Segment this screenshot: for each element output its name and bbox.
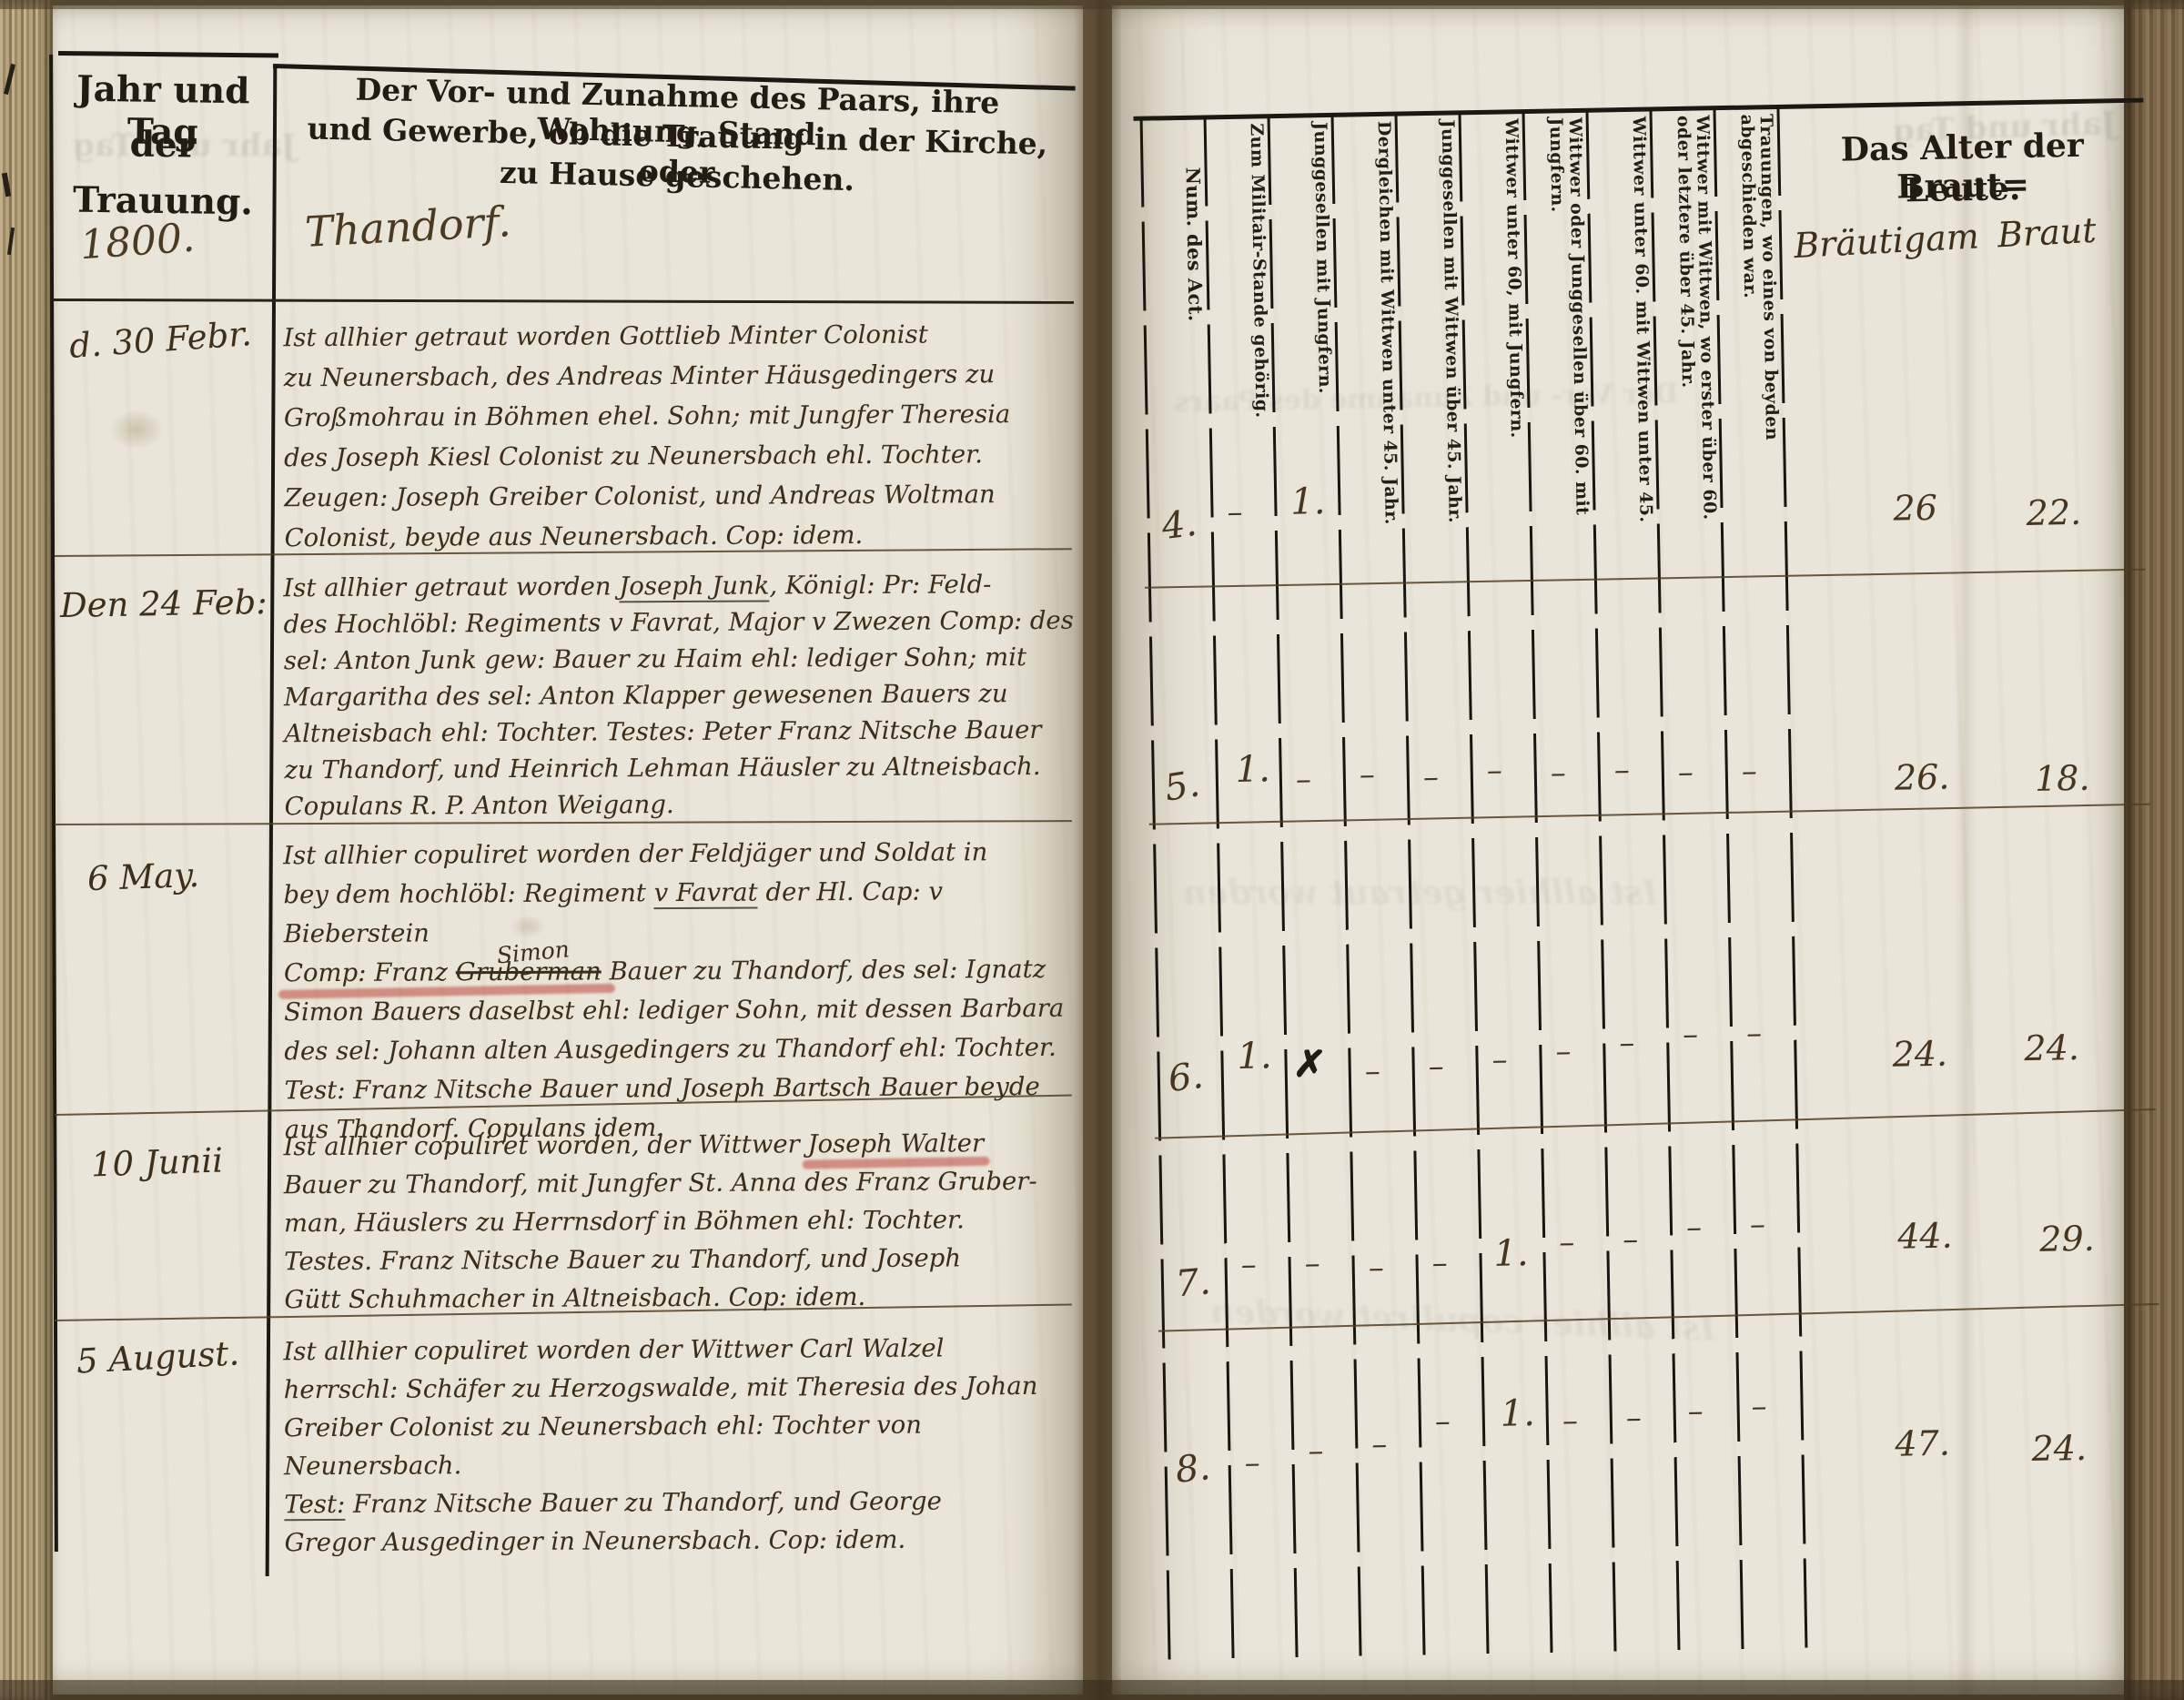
tally-mark: – xyxy=(1364,1053,1380,1089)
marriage-date: 6 May. xyxy=(86,855,199,898)
column-header-military: Zum Militair-Stande gehörig. xyxy=(1209,123,1274,551)
tally-mark: – xyxy=(1359,756,1375,793)
tally-mark: – xyxy=(1750,1206,1766,1242)
photo-edge-top xyxy=(0,0,2184,9)
entry-line: Copulans R. P. Anton Weigang. xyxy=(285,784,1078,825)
groom-column-label: Bräutigam xyxy=(1793,216,1980,266)
tally-mark: – xyxy=(1434,1403,1451,1440)
underlined-name: Joseph Junk xyxy=(619,571,769,602)
statistics-table: Num. des Act. Zum Militair-Stande gehöri… xyxy=(1128,72,2177,1674)
entry-line: man, Häuslers zu Herrnsdorf in Böhmen eh… xyxy=(284,1200,1077,1243)
tally-mark: – xyxy=(1423,759,1440,795)
red-underlined-name: Joseph Walter xyxy=(807,1128,984,1159)
entry-line: Testes. Franz Nitsche Bauer zu Thandorf,… xyxy=(284,1239,1077,1281)
register-book-spread: Jahr und Tag Jahr und Tag Der Vor- und Z… xyxy=(0,0,2184,1700)
tally-mark: – xyxy=(1428,1048,1444,1085)
column-header-widower-under60-maiden: Wittwer unter 60, mit Jungfern. xyxy=(1464,118,1529,547)
column-header-widower-over60-maiden: Wittwer oder Junggesellen über 60. mit J… xyxy=(1528,117,1592,546)
underlined-regiment: v Favrat xyxy=(654,878,758,910)
groom-age: 24. xyxy=(1892,1034,1947,1075)
groom-age: 26 xyxy=(1893,488,1937,529)
marriage-entry-text: Ist allhier copuliret worden der Wittwer… xyxy=(283,1329,1077,1563)
entry-line: Ist allhier copuliret worden der Wittwer… xyxy=(283,1329,1077,1371)
groom-age: 47. xyxy=(1895,1423,1950,1464)
column-header-bachelor-widow-over45: Junggesellen mit Wittwen über 45. Jahr. xyxy=(1400,119,1465,548)
entry-line: Ist allhier copuliret worden, der Wittwe… xyxy=(283,1124,1077,1167)
column-header-widower-widow-older: Wittwer mit Wittwen, wo erster über 60. … xyxy=(1655,115,1720,543)
groom-age: 44. xyxy=(1897,1216,1953,1257)
row-separator xyxy=(1149,804,2150,825)
entry-line: Gregor Ausgedinger in Neunersbach. Cop: … xyxy=(284,1520,1077,1563)
crossed-out-mark: ✗ xyxy=(1292,1040,1328,1088)
entry-line: herrschl: Schäfer zu Herzogswalde, mit T… xyxy=(284,1367,1077,1410)
tally-mark: – xyxy=(1677,754,1694,791)
tally-mark: – xyxy=(1559,1224,1575,1260)
entry-line: Ist allhier copuliret worden der Feldjäg… xyxy=(283,833,1077,876)
entry-line: des Joseph Kiesl Colonist zu Neunersbach… xyxy=(284,434,1077,479)
marriage-date: Den 24 Feb: xyxy=(60,582,268,625)
tally-mark: – xyxy=(1431,1245,1448,1281)
tally-mark: – xyxy=(1491,1042,1508,1078)
tally-mark: – xyxy=(1244,1445,1260,1482)
inserted-word: Simon xyxy=(495,929,571,975)
tally-mark: – xyxy=(1683,1017,1699,1053)
age-header-line2: Leute. xyxy=(1790,167,2137,212)
bride-age: 22. xyxy=(2026,492,2081,533)
tally-mark: – xyxy=(1240,1247,1257,1283)
red-underlined-correction: Comp: Franz SimonGruberman xyxy=(284,956,610,987)
tally-mark: – xyxy=(1741,753,1757,789)
entry-number: 8. xyxy=(1173,1446,1212,1492)
photo-edge-bottom xyxy=(0,1680,2184,1700)
tally-mark: – xyxy=(1296,761,1312,797)
tally-mark: – xyxy=(1304,1245,1320,1281)
marriage-date: 10 Junii xyxy=(90,1140,223,1184)
entry-line: Bauer zu Thandorf, mit Jungfer St. Anna … xyxy=(284,1162,1077,1205)
tally-mark: – xyxy=(1555,1033,1572,1069)
entry-line: Altneisbach ehl: Tochter. Testes: Peter … xyxy=(284,712,1077,753)
entry-number: 6. xyxy=(1166,1055,1206,1100)
row-separator xyxy=(1158,1303,2159,1332)
entry-line: Zeugen: Joseph Greiber Colonist, und And… xyxy=(284,474,1077,519)
column-line xyxy=(1776,106,1807,1654)
entry-line: Greiber Colonist zu Neunersbach ehl: Toc… xyxy=(284,1405,1077,1486)
entry-line: sel: Anton Junk gew: Bauer zu Haim ehl: … xyxy=(284,639,1077,680)
tally-mark: – xyxy=(1368,1250,1384,1286)
column-header-num: Num. des Act. xyxy=(1147,167,1208,441)
tally-mark: – xyxy=(1308,1432,1324,1469)
entry-number: 7. xyxy=(1174,1260,1212,1305)
entry-line: zu Neunersbach, des Andreas Minter Häusg… xyxy=(284,354,1077,399)
entry-number: 4. xyxy=(1159,502,1199,548)
tally-mark: 1. xyxy=(1290,481,1326,523)
entry-line: Großmohrau in Böhmen ehel. Sohn; mit Jun… xyxy=(284,394,1077,439)
entry-line: Margaritha des sel: Anton Klapper gewese… xyxy=(284,675,1077,716)
bride-age: 24. xyxy=(2031,1428,2087,1469)
column-header-bachelor-widow-under45: Dergleichen mit Wittwen unter 45. Jahr. xyxy=(1337,121,1401,550)
tally-mark: – xyxy=(1619,1025,1635,1061)
tally-mark: – xyxy=(1562,1402,1578,1439)
entry-line: des Hochlöbl: Regiments v Favrat, Major … xyxy=(283,602,1077,643)
tally-mark: – xyxy=(1371,1426,1388,1462)
margin-ink-marks xyxy=(2,64,25,264)
entry-number: 5. xyxy=(1162,763,1203,809)
entry-line: Ist allhier getraut worden Gottlieb Mint… xyxy=(283,314,1077,359)
entry-line: zu Thandorf, und Heinrich Lehman Häusler… xyxy=(284,748,1077,789)
bride-age: 29. xyxy=(2039,1219,2095,1260)
entry-line: Test: Franz Nitsche Bauer zu Thandorf, u… xyxy=(284,1482,1077,1524)
paper-stain xyxy=(109,410,164,450)
tally-mark: – xyxy=(1486,753,1502,789)
tally-mark: – xyxy=(1550,754,1566,791)
tally-mark: – xyxy=(1686,1209,1703,1246)
year-entry: 1800. xyxy=(78,215,196,269)
column-header-widower-under60-widow-under45: Wittwer unter 60. mit Wittwen unter 45. xyxy=(1592,116,1656,545)
bride-age: 24. xyxy=(2024,1027,2079,1068)
tally-mark: – xyxy=(1625,1400,1642,1436)
groom-age: 26. xyxy=(1895,757,1950,798)
tally-mark: – xyxy=(1687,1393,1704,1430)
tally-mark: – xyxy=(1623,1221,1639,1258)
marriage-entry-text: Ist allhier copuliret worden der Feldjäg… xyxy=(283,833,1078,1150)
marriage-entry-text: Ist allhier copuliret worden, der Wittwe… xyxy=(283,1124,1077,1320)
bride-column-label: Braut xyxy=(1997,210,2098,256)
entry-line: Colonist, beyde aus Neunersbach. Cop: id… xyxy=(284,514,1077,559)
tally-mark: 1. xyxy=(1493,1232,1529,1275)
bride-age: 18. xyxy=(2035,758,2090,799)
underlined-testes: Test: xyxy=(284,1490,345,1521)
tally-mark: – xyxy=(1613,752,1630,788)
entry-line: Comp: Franz SimonGruberman Bauer zu Than… xyxy=(284,950,1077,994)
date-column-header-line2: der xyxy=(56,122,270,167)
tally-mark: – xyxy=(1227,494,1243,531)
tally-mark: 1. xyxy=(1500,1392,1535,1435)
entry-line: Ist allhier getraut worden Joseph Junk, … xyxy=(283,566,1077,607)
entry-line: Gütt Schuhmacher in Altneisbach. Cop: id… xyxy=(284,1277,1077,1320)
marriage-entry-text: Ist allhier getraut worden Gottlieb Mint… xyxy=(283,314,1077,559)
tally-mark: 1. xyxy=(1237,1035,1272,1078)
tally-mark: 1. xyxy=(1235,748,1270,791)
row-separator xyxy=(1145,569,2146,589)
tally-mark: – xyxy=(1746,1015,1763,1051)
marriage-entry-text: Ist allhier getraut worden Joseph Junk, … xyxy=(283,566,1077,825)
tally-mark: – xyxy=(1751,1388,1767,1424)
entry-line: des sel: Johann alten Ausgedingers zu Th… xyxy=(284,1028,1077,1072)
book-gutter-shadow xyxy=(1074,0,1121,1700)
column-header-divorced: Trauungen, wo eines von beyden abgeschie… xyxy=(1719,114,1784,542)
entry-line: Test: Franz Nitsche Bauer und Joseph Bar… xyxy=(284,1068,1077,1111)
row-separator xyxy=(1155,1108,2156,1139)
entry-line: bey dem hochlöbl: Regiment v Favrat der … xyxy=(283,872,1077,955)
